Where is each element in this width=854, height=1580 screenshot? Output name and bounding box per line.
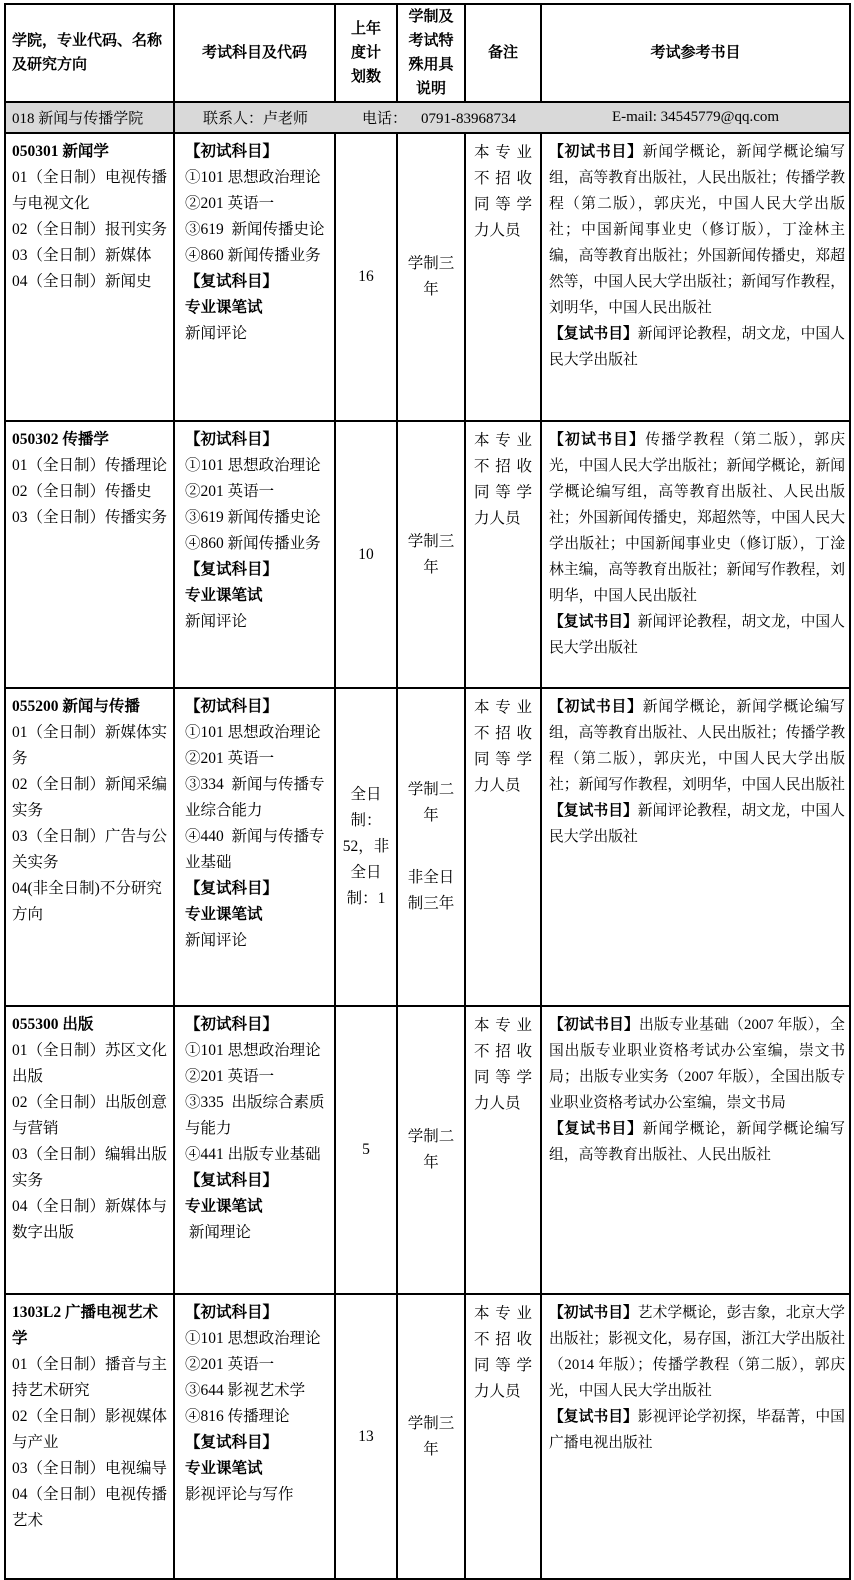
- col-header-reference-books: 考试参考书目: [541, 4, 850, 102]
- major-row: 050302 传播学 01（全日制）传播理论 02（全日制）传播史 03（全日制…: [5, 421, 850, 688]
- remark-cell: 本专业不招收同等学力人员: [465, 421, 541, 688]
- research-direction: 04(非全日制)不分研究方向: [12, 876, 169, 928]
- col-header-quota: 上年度计划数: [335, 4, 397, 102]
- exam-subjects-cell: 【初试科目】 ①101 思想政治理论 ②201 英语一 ③644 影视艺术学 ④…: [174, 1294, 335, 1579]
- college-contact-row: 018 新闻与传播学院 联系人：卢老师 电话：0791-83968734 E-m…: [5, 102, 850, 133]
- book-paragraphs: 【初试书目】艺术学概论，彭吉象，北京大学出版社；影视文化，易存国，浙江大学出版社…: [549, 1300, 845, 1456]
- exam-subject-line: 新闻评论: [185, 928, 334, 954]
- book-list-entry: 【初试书目】新闻学概论，新闻学概论编写组，高等教育出版社、人民出版社；传播学教程…: [549, 694, 845, 798]
- quota-value: 10: [336, 542, 396, 568]
- exam-subject-line: ①101 思想政治理论: [185, 720, 334, 746]
- exam-subject-line: ③619 新闻传播史论: [185, 505, 334, 531]
- exam-subject-line: 新闻评论: [185, 609, 334, 635]
- exam-subject-lines: 【初试科目】 ①101 思想政治理论 ②201 英语一 ③644 影视艺术学 ④…: [185, 1300, 334, 1508]
- book-list-entry: 【初试书目】出版专业基础（2007 年版），全国出版专业职业资格考试办公室编，崇…: [549, 1012, 845, 1116]
- contact-phone: 电话：0791-83968734: [336, 107, 542, 128]
- reference-books-cell: 【初试书目】新闻学概论，新闻学概论编写组，高等教育出版社，人民出版社；传播学教程…: [541, 133, 850, 421]
- book-section-label: 【复试书目】: [549, 1409, 638, 1425]
- reference-books-cell: 【初试书目】新闻学概论，新闻学概论编写组，高等教育出版社、人民出版社；传播学教程…: [541, 688, 850, 1006]
- exam-subject-line: 【初试科目】: [185, 1012, 334, 1038]
- research-direction: 01（全日制）电视传播与电视文化: [12, 165, 169, 217]
- major-cell: 055200 新闻与传播 01（全日制）新媒体实务 02（全日制）新闻采编实务 …: [5, 688, 174, 1006]
- book-section-label: 【初试书目】: [549, 432, 645, 448]
- exam-subject-line: ①101 思想政治理论: [185, 453, 334, 479]
- col-header-duration-text: 学制及考试特殊用具说明: [408, 5, 455, 101]
- book-section-label: 【复试书目】: [549, 326, 638, 342]
- majors-body: 050301 新闻学 01（全日制）电视传播与电视文化 02（全日制）报刊实务 …: [5, 133, 850, 1579]
- research-direction: 01（全日制）新媒体实务: [12, 720, 169, 772]
- book-section-label: 【复试书目】: [549, 803, 638, 819]
- exam-subject-line: ③334 新闻与传播专业综合能力: [185, 772, 334, 824]
- exam-subject-line: 【初试科目】: [185, 1300, 334, 1326]
- major-code-name: 1303L2 广播电视艺术学: [12, 1300, 169, 1352]
- contact-info-cell: 联系人：卢老师 电话：0791-83968734 E-mail: 3454577…: [174, 102, 850, 133]
- admissions-table: 学院，专业代码、名称及研究方向 考试科目及代码 上年度计划数 学制及考试特殊用具…: [4, 3, 851, 1580]
- exam-subject-line: ④440 新闻与传播专业基础: [185, 824, 334, 876]
- exam-subject-line: ②201 英语一: [185, 191, 334, 217]
- exam-subject-line: 【复试科目】: [185, 557, 334, 583]
- reference-books-cell: 【初试书目】传播学教程（第二版），郭庆光，中国人民大学出版社；新闻学概论，新闻学…: [541, 421, 850, 688]
- research-direction: 01（全日制）播音与主持艺术研究: [12, 1352, 169, 1404]
- major-code-name: 050301 新闻学: [12, 139, 169, 165]
- duration-cell: 学制三年: [397, 421, 465, 688]
- book-list-entry: 【复试书目】新闻评论教程，胡文龙，中国人民大学出版社: [549, 798, 845, 850]
- remark-text: 本专业不招收同等学力人员: [474, 1301, 532, 1405]
- exam-subject-line: ④860 新闻传播业务: [185, 243, 334, 269]
- research-direction: 02（全日制）影视媒体与产业: [12, 1404, 169, 1456]
- remark-cell: 本专业不招收同等学力人员: [465, 1006, 541, 1294]
- research-directions: 01（全日制）播音与主持艺术研究 02（全日制）影视媒体与产业 03（全日制）电…: [12, 1352, 169, 1534]
- major-cell: 050302 传播学 01（全日制）传播理论 02（全日制）传播史 03（全日制…: [5, 421, 174, 688]
- research-direction: 02（全日制）报刊实务: [12, 217, 169, 243]
- duration-text: 学制三年: [403, 251, 459, 303]
- book-paragraphs: 【初试书目】新闻学概论，新闻学概论编写组，高等教育出版社、人民出版社；传播学教程…: [549, 694, 845, 850]
- book-list-entry: 【复试书目】新闻学概论，新闻学概论编写组，高等教育出版社、人民出版社: [549, 1116, 845, 1168]
- book-section-label: 【初试书目】: [549, 699, 643, 715]
- research-direction: 03（全日制）新媒体: [12, 243, 169, 269]
- phone-number: 0791-83968734: [421, 111, 516, 127]
- header-row: 学院，专业代码、名称及研究方向 考试科目及代码 上年度计划数 学制及考试特殊用具…: [5, 4, 850, 102]
- exam-subjects-cell: 【初试科目】 ①101 思想政治理论 ②201 英语一 ③335 出版综合素质与…: [174, 1006, 335, 1294]
- exam-subject-line: ①101 思想政治理论: [185, 1038, 334, 1064]
- exam-subject-line: ②201 英语一: [185, 479, 334, 505]
- duration-cell: 学制三年: [397, 133, 465, 421]
- book-list-entry: 【初试书目】传播学教程（第二版），郭庆光，中国人民大学出版社；新闻学概论，新闻学…: [549, 427, 845, 609]
- book-paragraphs: 【初试书目】新闻学概论，新闻学概论编写组，高等教育出版社，人民出版社；传播学教程…: [549, 139, 845, 373]
- book-section-label: 【初试书目】: [549, 1017, 639, 1033]
- research-directions: 01（全日制）新媒体实务 02（全日制）新闻采编实务 03（全日制）广告与公关实…: [12, 720, 169, 928]
- exam-subject-line: 【复试科目】: [185, 876, 334, 902]
- quota-value: 5: [336, 1137, 396, 1163]
- book-list-entry: 【复试书目】新闻评论教程，胡文龙，中国人民大学出版社: [549, 609, 845, 661]
- book-list-text: 传播学教程（第二版），郭庆光，中国人民大学出版社；新闻学概论，新闻学概论编写组，…: [549, 432, 845, 604]
- book-section-label: 【初试书目】: [549, 144, 643, 160]
- exam-subject-line: ④441 出版专业基础: [185, 1142, 334, 1168]
- exam-subjects-cell: 【初试科目】 ①101 思想政治理论 ②201 英语一 ③619 新闻传播史论 …: [174, 421, 335, 688]
- exam-subject-line: 专业课笔试: [185, 1194, 334, 1220]
- book-paragraphs: 【初试书目】出版专业基础（2007 年版），全国出版专业职业资格考试办公室编，崇…: [549, 1012, 845, 1168]
- contact-person: 联系人：卢老师: [175, 107, 336, 128]
- quota-cell: 13: [335, 1294, 397, 1579]
- duration-cell: 学制二年 非全日制三年: [397, 688, 465, 1006]
- exam-subject-line: ③335 出版综合素质与能力: [185, 1090, 334, 1142]
- col-header-remark: 备注: [465, 4, 541, 102]
- exam-subject-line: ③619 新闻传播史论: [185, 217, 334, 243]
- exam-subject-line: 专业课笔试: [185, 583, 334, 609]
- college-id-cell: 018 新闻与传播学院: [5, 102, 174, 133]
- quota-cell: 5: [335, 1006, 397, 1294]
- major-code-name: 055200 新闻与传播: [12, 694, 169, 720]
- research-direction: 02（全日制）传播史: [12, 479, 169, 505]
- book-list-entry: 【复试书目】新闻评论教程，胡文龙，中国人民大学出版社: [549, 321, 845, 373]
- book-list-entry: 【初试书目】艺术学概论，彭吉象，北京大学出版社；影视文化，易存国，浙江大学出版社…: [549, 1300, 845, 1404]
- remark-text: 本专业不招收同等学力人员: [474, 1013, 532, 1117]
- major-code-name: 055300 出版: [12, 1012, 169, 1038]
- research-direction: 01（全日制）传播理论: [12, 453, 169, 479]
- col-header-duration: 学制及考试特殊用具说明: [397, 4, 465, 102]
- exam-subject-line: 新闻评论: [185, 321, 334, 347]
- remark-text: 本专业不招收同等学力人员: [474, 695, 532, 799]
- book-section-label: 【初试书目】: [549, 1305, 638, 1321]
- remark-text: 本专业不招收同等学力人员: [474, 140, 532, 244]
- contact-email: E-mail: 34545779@qq.com: [542, 109, 849, 126]
- quota-cell: 16: [335, 133, 397, 421]
- book-section-label: 【复试书目】: [549, 1121, 643, 1137]
- duration-cell: 学制三年: [397, 1294, 465, 1579]
- exam-subject-line: 【初试科目】: [185, 427, 334, 453]
- remark-text: 本专业不招收同等学力人员: [474, 428, 532, 532]
- book-section-label: 【复试书目】: [549, 614, 638, 630]
- exam-subject-line: ②201 英语一: [185, 1064, 334, 1090]
- duration-text: 学制三年: [403, 1411, 459, 1463]
- duration-secondary-text: 非全日制三年: [403, 865, 459, 917]
- quota-cell: 10: [335, 421, 397, 688]
- exam-subject-line: ②201 英语一: [185, 746, 334, 772]
- book-paragraphs: 【初试书目】传播学教程（第二版），郭庆光，中国人民大学出版社；新闻学概论，新闻学…: [549, 427, 845, 661]
- exam-subject-line: 影视评论与写作: [185, 1482, 334, 1508]
- exam-subject-line: ④860 新闻传播业务: [185, 531, 334, 557]
- research-directions: 01（全日制）苏区文化出版 02（全日制）出版创意与营销 03（全日制）编辑出版…: [12, 1038, 169, 1246]
- quota-value: 13: [336, 1424, 396, 1450]
- duration-text: 学制二年: [403, 777, 459, 829]
- major-cell: 055300 出版 01（全日制）苏区文化出版 02（全日制）出版创意与营销 0…: [5, 1006, 174, 1294]
- major-cell: 050301 新闻学 01（全日制）电视传播与电视文化 02（全日制）报刊实务 …: [5, 133, 174, 421]
- exam-subject-line: 【初试科目】: [185, 139, 334, 165]
- exam-subject-line: 【复试科目】: [185, 269, 334, 295]
- exam-subjects-cell: 【初试科目】 ①101 思想政治理论 ②201 英语一 ③619 新闻传播史论 …: [174, 133, 335, 421]
- research-direction: 03（全日制）编辑出版实务: [12, 1142, 169, 1194]
- exam-subject-line: 【复试科目】: [185, 1430, 334, 1456]
- exam-subject-lines: 【初试科目】 ①101 思想政治理论 ②201 英语一 ③619 新闻传播史论 …: [185, 139, 334, 347]
- major-cell: 1303L2 广播电视艺术学 01（全日制）播音与主持艺术研究 02（全日制）影…: [5, 1294, 174, 1579]
- research-directions: 01（全日制）电视传播与电视文化 02（全日制）报刊实务 03（全日制）新媒体 …: [12, 165, 169, 295]
- exam-subject-line: ③644 影视艺术学: [185, 1378, 334, 1404]
- exam-subject-line: 专业课笔试: [185, 1456, 334, 1482]
- exam-subject-line: ④816 传播理论: [185, 1404, 334, 1430]
- research-direction: 01（全日制）苏区文化出版: [12, 1038, 169, 1090]
- reference-books-cell: 【初试书目】出版专业基础（2007 年版），全国出版专业职业资格考试办公室编，崇…: [541, 1006, 850, 1294]
- exam-subject-line: 专业课笔试: [185, 295, 334, 321]
- duration-cell: 学制二年: [397, 1006, 465, 1294]
- research-direction: 04（全日制）新媒体与数字出版: [12, 1194, 169, 1246]
- col-header-college-major: 学院，专业代码、名称及研究方向: [5, 4, 174, 102]
- col-header-quota-text: 上年度计划数: [350, 17, 382, 89]
- research-direction: 04（全日制）电视传播艺术: [12, 1482, 169, 1534]
- book-list-entry: 【复试书目】影视评论学初探，毕磊菁，中国广播电视出版社: [549, 1404, 845, 1456]
- quota-value: 全日制：52，非全日制：1: [336, 782, 396, 912]
- exam-subject-line: 专业课笔试: [185, 902, 334, 928]
- exam-subject-lines: 【初试科目】 ①101 思想政治理论 ②201 英语一 ③619 新闻传播史论 …: [185, 427, 334, 635]
- research-direction: 04（全日制）新闻史: [12, 269, 169, 295]
- reference-books-cell: 【初试书目】艺术学概论，彭吉象，北京大学出版社；影视文化，易存国，浙江大学出版社…: [541, 1294, 850, 1579]
- book-list-text: 新闻学概论，新闻学概论编写组，高等教育出版社，人民出版社；传播学教程（第二版），…: [549, 144, 845, 316]
- major-row: 050301 新闻学 01（全日制）电视传播与电视文化 02（全日制）报刊实务 …: [5, 133, 850, 421]
- exam-subject-lines: 【初试科目】 ①101 思想政治理论 ②201 英语一 ③334 新闻与传播专业…: [185, 694, 334, 954]
- quota-value: 16: [336, 264, 396, 290]
- exam-subject-line: ①101 思想政治理论: [185, 165, 334, 191]
- contact-section: 018 新闻与传播学院 联系人：卢老师 电话：0791-83968734 E-m…: [5, 102, 850, 133]
- exam-subject-line: 【初试科目】: [185, 694, 334, 720]
- major-code-name: 050302 传播学: [12, 427, 169, 453]
- exam-subject-lines: 【初试科目】 ①101 思想政治理论 ②201 英语一 ③335 出版综合素质与…: [185, 1012, 334, 1246]
- research-direction: 03（全日制）传播实务: [12, 505, 169, 531]
- exam-subjects-cell: 【初试科目】 ①101 思想政治理论 ②201 英语一 ③334 新闻与传播专业…: [174, 688, 335, 1006]
- research-directions: 01（全日制）传播理论 02（全日制）传播史 03（全日制）传播实务: [12, 453, 169, 531]
- remark-cell: 本专业不招收同等学力人员: [465, 133, 541, 421]
- research-direction: 03（全日制）广告与公关实务: [12, 824, 169, 876]
- duration-text: 学制二年: [403, 1124, 459, 1176]
- research-direction: 02（全日制）新闻采编实务: [12, 772, 169, 824]
- quota-cell: 全日制：52，非全日制：1: [335, 688, 397, 1006]
- page: 学院，专业代码、名称及研究方向 考试科目及代码 上年度计划数 学制及考试特殊用具…: [0, 0, 854, 1574]
- col-header-exam-subjects: 考试科目及代码: [174, 4, 335, 102]
- phone-label: 电话：: [362, 111, 407, 127]
- exam-subject-line: 新闻理论: [185, 1220, 334, 1246]
- major-row: 1303L2 广播电视艺术学 01（全日制）播音与主持艺术研究 02（全日制）影…: [5, 1294, 850, 1579]
- table-header: 学院，专业代码、名称及研究方向 考试科目及代码 上年度计划数 学制及考试特殊用具…: [5, 4, 850, 102]
- exam-subject-line: ①101 思想政治理论: [185, 1326, 334, 1352]
- major-row: 055300 出版 01（全日制）苏区文化出版 02（全日制）出版创意与营销 0…: [5, 1006, 850, 1294]
- remark-cell: 本专业不招收同等学力人员: [465, 1294, 541, 1579]
- book-list-entry: 【初试书目】新闻学概论，新闻学概论编写组，高等教育出版社，人民出版社；传播学教程…: [549, 139, 845, 321]
- contact-info: 联系人：卢老师 电话：0791-83968734 E-mail: 3454577…: [175, 107, 849, 128]
- major-row: 055200 新闻与传播 01（全日制）新媒体实务 02（全日制）新闻采编实务 …: [5, 688, 850, 1006]
- research-direction: 03（全日制）电视编导: [12, 1456, 169, 1482]
- research-direction: 02（全日制）出版创意与营销: [12, 1090, 169, 1142]
- exam-subject-line: 【复试科目】: [185, 1168, 334, 1194]
- duration-text: 学制三年: [403, 529, 459, 581]
- remark-cell: 本专业不招收同等学力人员: [465, 688, 541, 1006]
- exam-subject-line: ②201 英语一: [185, 1352, 334, 1378]
